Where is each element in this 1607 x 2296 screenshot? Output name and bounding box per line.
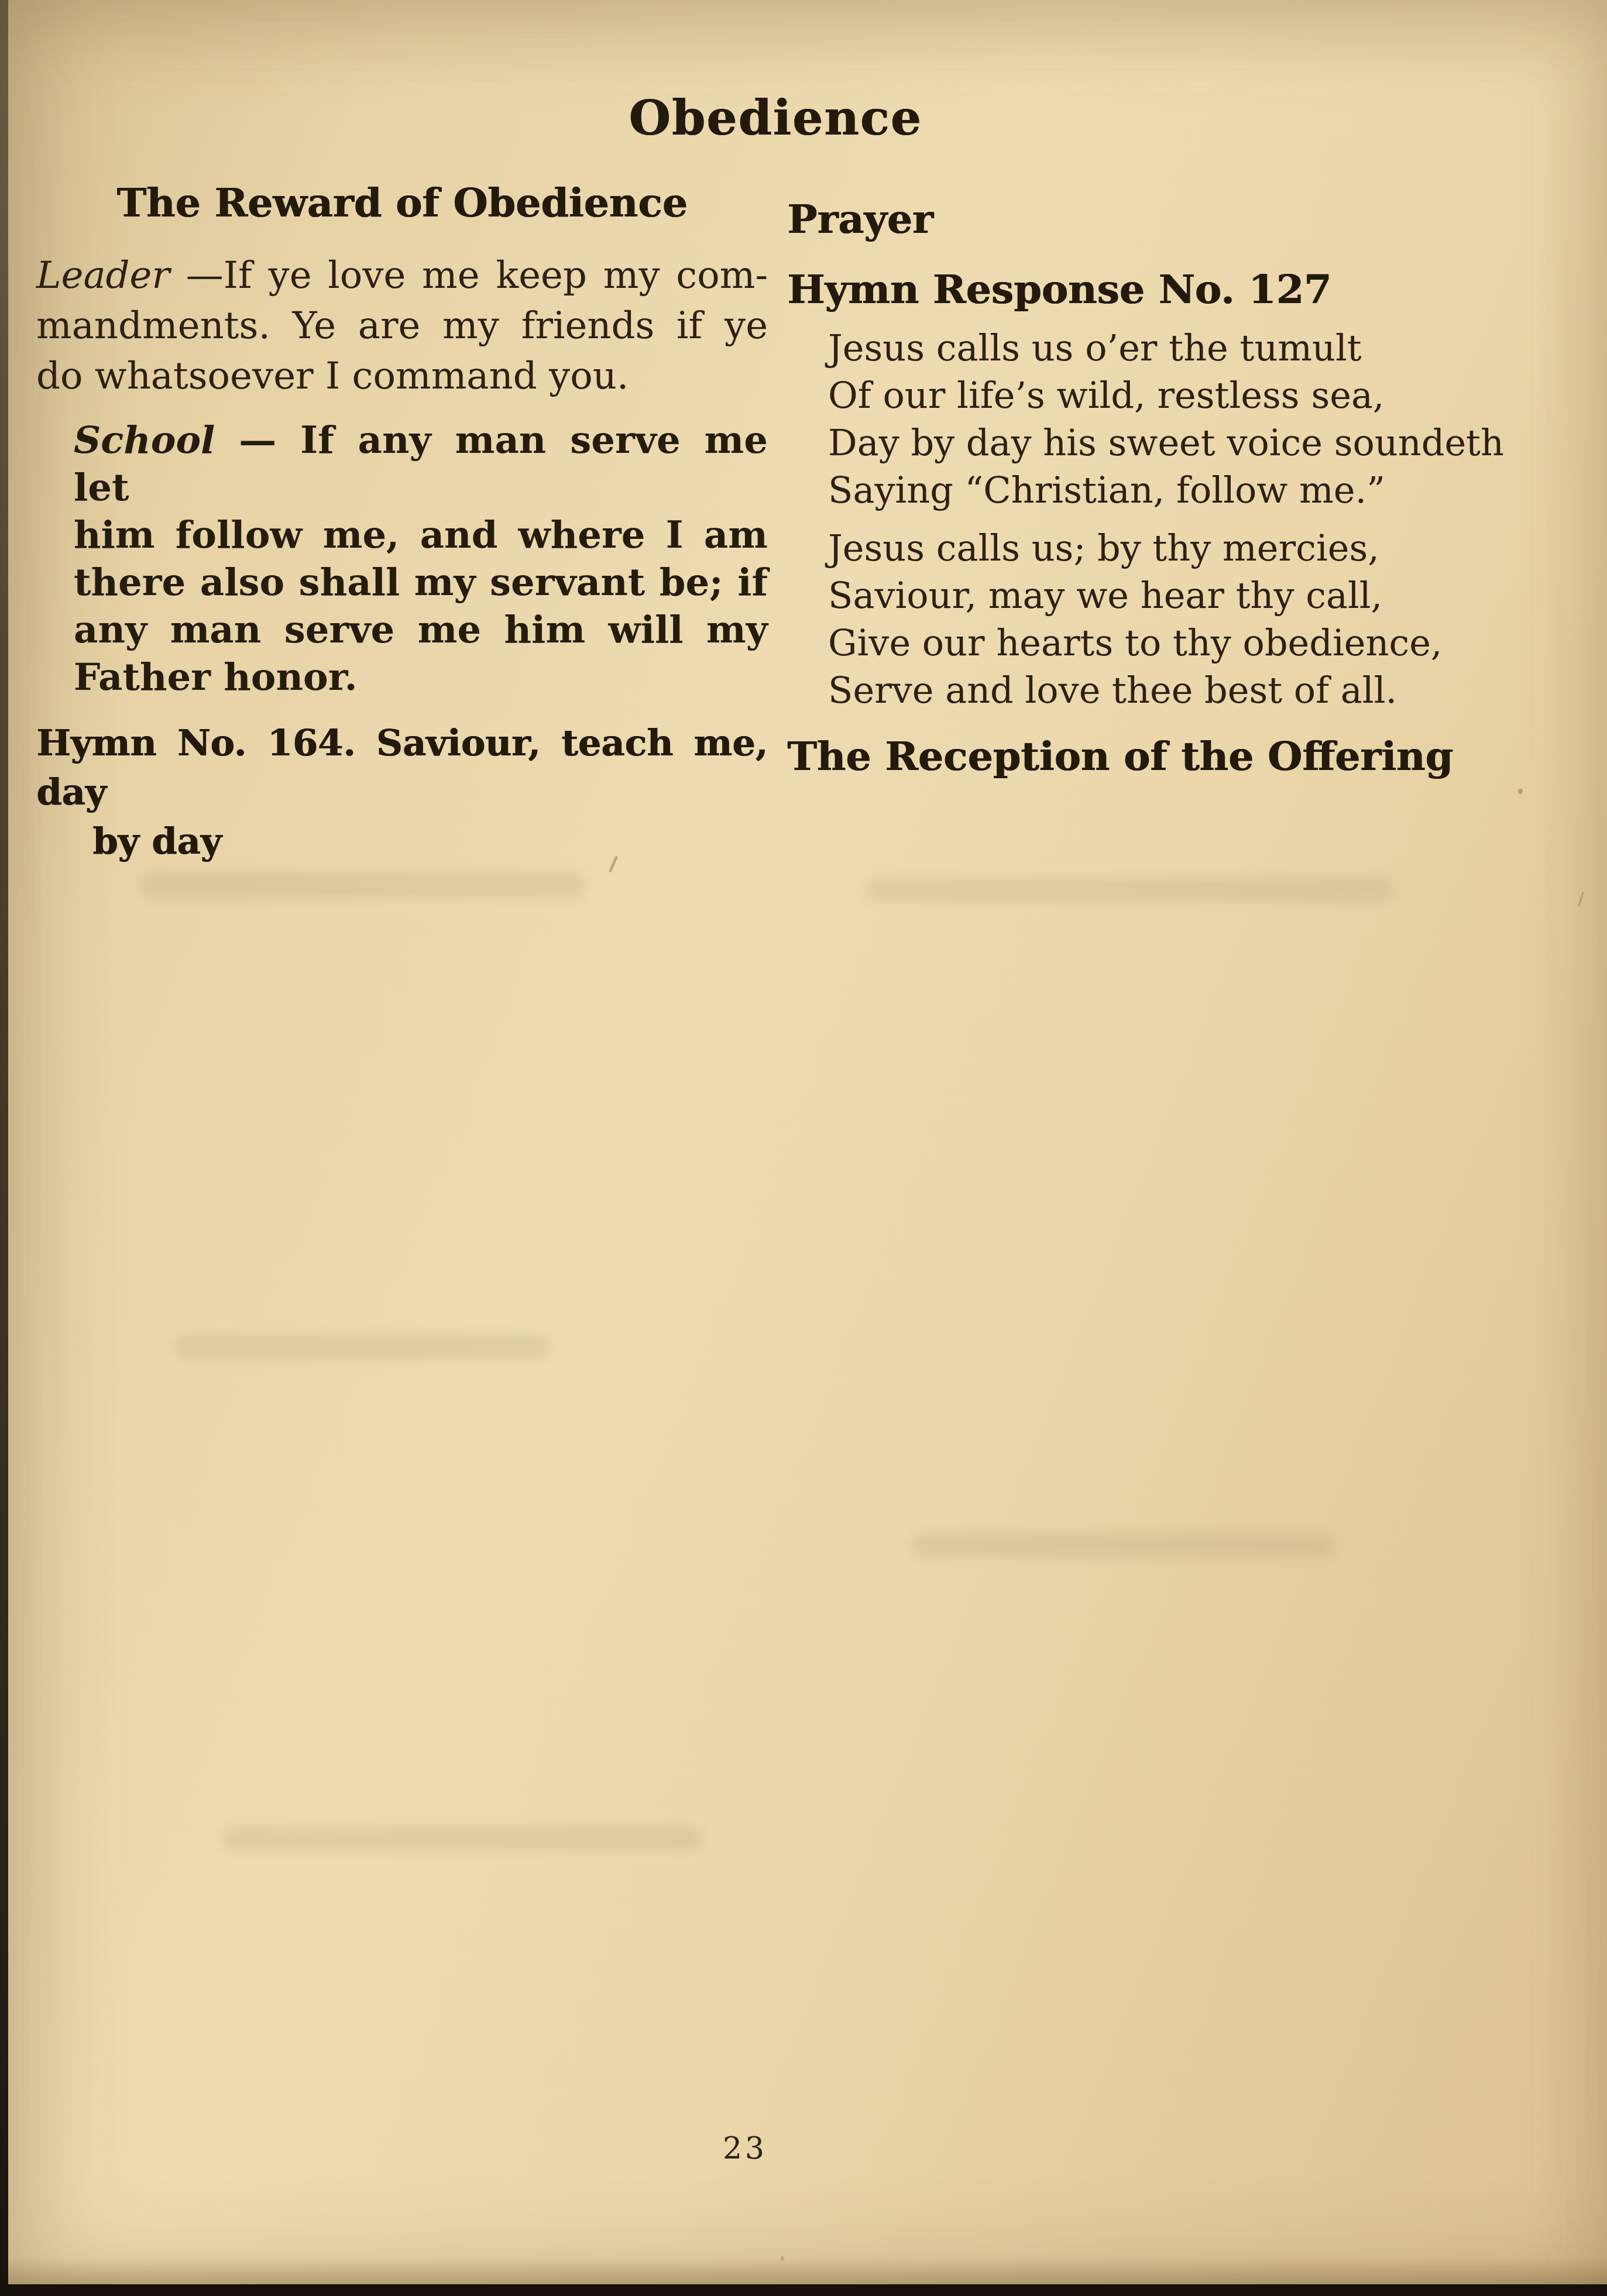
school-paragraph: School — If any man serve me let him fol… [74,417,768,701]
text-line: Serve and love thee best of all. [828,666,1516,714]
bleed-through-artifact [866,878,1393,902]
bleed-through-artifact [913,1533,1334,1558]
text-line: mandments. Ye are my friends if ye [36,301,768,351]
text-line: Day by day his sweet voice soundeth [828,419,1516,466]
section-heading-reward-of-obedience: The Reward of Obedience [36,176,768,231]
text-line: any man serve me him will my [74,606,768,654]
section-heading-prayer: Prayer [787,192,1516,247]
text-line: Leader —If ye love me keep my com- [36,250,768,301]
text-line: School — If any man serve me let [74,417,768,511]
hymn-verse-2: Jesus calls us; by thy mercies, Saviour,… [787,524,1516,714]
scan-speck [1578,892,1584,907]
text-line: Saying “Christian, follow me.” [828,466,1516,514]
speaker-label-school: School [74,418,215,462]
text-line: Jesus calls us; by thy mercies, [828,524,1516,572]
text-line: do whatsoever I command you. [36,351,768,401]
bottom-edge-shadow [0,2257,1607,2284]
bottom-scan-edge [0,2284,1607,2296]
bleed-through-artifact [176,1334,550,1360]
scanned-book-page: Obedience The Reward of Obedience Leader… [0,0,1607,2296]
scan-speck [1518,789,1523,794]
text-line: Father honor. [74,654,768,701]
bleed-through-artifact [140,872,585,899]
hymn-verse-1: Jesus calls us o’er the tumult Of our li… [787,324,1516,514]
left-column: The Reward of Obedience Leader —If ye lo… [36,176,768,866]
page-number: 23 [719,2131,771,2166]
text-line: Saviour, may we hear thy call, [828,572,1516,619]
text-line: there also shall my servant be; if [74,559,768,606]
section-heading-reception-of-offering: The Reception of the Offering [787,729,1516,784]
speaker-label-leader: Leader [36,254,170,297]
text-line: Of our life’s wild, restless sea, [828,372,1516,419]
left-scan-edge [0,0,8,2296]
page-title: Obedience [36,87,1515,150]
leader-paragraph: Leader —If ye love me keep my com- mandm… [36,250,768,401]
text-line: by day [92,817,768,866]
hymn-164-line: Hymn No. 164. Saviour, teach me, day by … [36,719,768,866]
text-line: Jesus calls us o’er the tumult [828,324,1516,372]
section-heading-hymn-response-127: Hymn Response No. 127 [787,262,1516,317]
bleed-through-artifact [222,1826,702,1851]
text-line-fragment: —If ye love me keep my com- [186,254,768,297]
right-column: Prayer Hymn Response No. 127 Jesus calls… [787,192,1516,784]
text-line: him follow me, and where I am [74,511,768,559]
text-line: Hymn No. 164. Saviour, teach me, day [36,719,768,817]
text-line: Give our hearts to thy obedience, [828,619,1516,666]
